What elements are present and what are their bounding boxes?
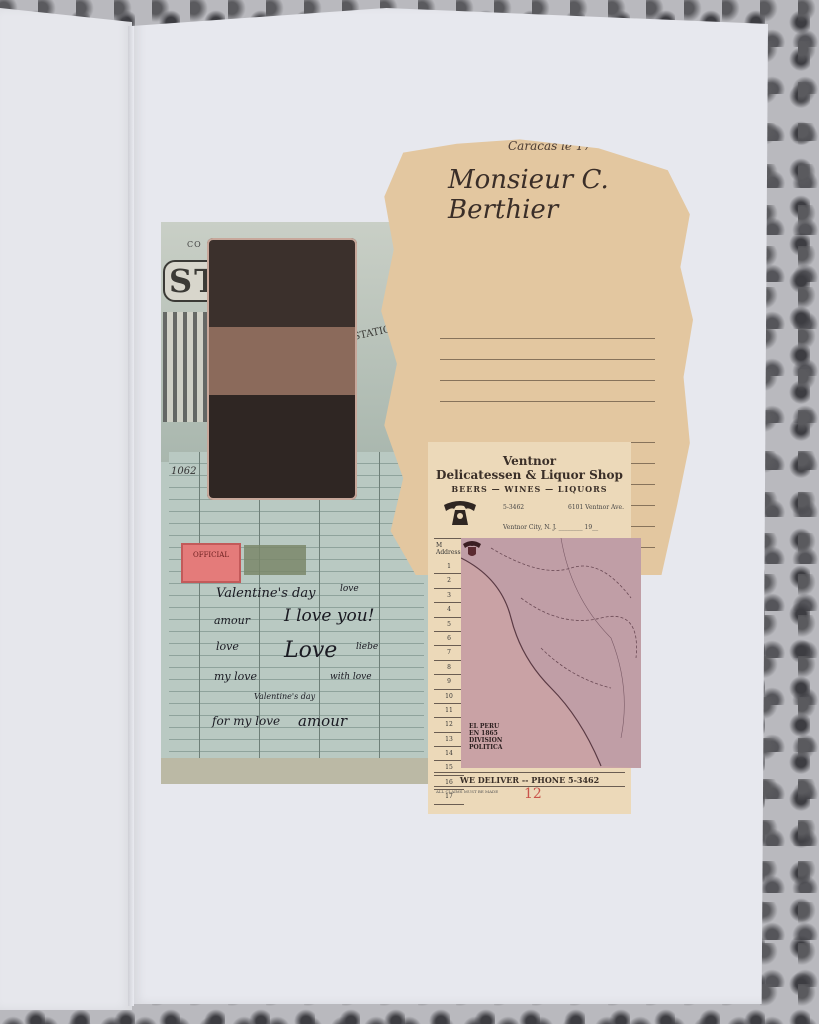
note-line: Valentine's day (254, 692, 315, 701)
note-line: amour (214, 614, 250, 627)
receipt-title-line2: Delicatessen & Liquor Shop (428, 468, 631, 482)
receipt-phone: 5-3462 (503, 504, 524, 511)
receipt-row-number: 12 (434, 718, 464, 732)
receipt-city: Ventnor City, N. J. ________ 19__ (503, 524, 598, 531)
receipt-footer-small: ALL CLAIMS MUST BE MADE (436, 789, 498, 794)
map-label-line: EN 1865 (469, 730, 509, 737)
note-line: love (216, 640, 239, 653)
receipt-address: 6101 Ventnor Ave. (568, 504, 624, 511)
receipt-number: 12 (524, 786, 542, 802)
map-label-title: EL PERU (469, 723, 509, 730)
vintage-map-peru: EL PERU EN 1865 DIVISION POLITICA (461, 538, 641, 768)
receipt-subtitle: BEERS — WINES — LIQUORS (428, 484, 631, 494)
dark-distressed-stamp (207, 238, 357, 500)
receipt-row-number: 7 (434, 646, 464, 660)
receipt-row-number: 2 (434, 574, 464, 588)
coat-of-arms-icon (461, 538, 483, 560)
receipt-row-number: 9 (434, 675, 464, 689)
letter-salutation: Monsieur C. Berthier (448, 165, 693, 225)
ledger-row-number: 1062 (171, 466, 196, 477)
note-line: my love (214, 670, 257, 683)
receipt-row-number: 10 (434, 690, 464, 704)
note-line: with love (330, 672, 372, 682)
receipt-row-number: 8 (434, 661, 464, 675)
receipt-row-number: 13 (434, 733, 464, 747)
left-page (0, 8, 132, 1010)
note-line: amour (298, 712, 347, 730)
map-label: EL PERU EN 1865 DIVISION POLITICA (469, 723, 509, 751)
note-line: Valentine's day (216, 586, 315, 601)
building-engraving (163, 312, 207, 422)
receipt-row-number: 11 (434, 704, 464, 718)
book-gutter (128, 26, 134, 1006)
receipt-row-number: 14 (434, 747, 464, 761)
receipt-m-label: M (436, 542, 442, 549)
receipt-row-number: 3 (434, 589, 464, 603)
receipt-row-number: 6 (434, 632, 464, 646)
map-label-line: DIVISION (469, 737, 509, 744)
ledger-footer-script (161, 758, 431, 784)
note-line: for my love (212, 714, 280, 728)
receipt-row-number: 1 (434, 560, 464, 574)
map-label-line: POLITICA (469, 744, 509, 751)
telephone-icon (440, 497, 480, 529)
receipt-footer: WE DELIVER -- PHONE 5-3462 (428, 775, 631, 785)
receipt-title-line1: Ventnor (428, 454, 631, 468)
note-line: Love (284, 638, 337, 663)
receipt-row-number: 4 (434, 603, 464, 617)
green-postage-stamp (244, 545, 306, 575)
receipt-row-numbers: 1234567891011121314151617 (434, 560, 464, 805)
receipt-row-number: 5 (434, 618, 464, 632)
ledger-header-text: CO (187, 240, 202, 249)
receipt-address-label: Address (436, 549, 461, 556)
note-line: I love you! (284, 606, 374, 626)
note-line: liebe (356, 642, 378, 652)
note-line: love (340, 584, 359, 594)
red-postage-stamp: OFFICIAL (181, 543, 241, 583)
receipt-row-number: 15 (434, 761, 464, 775)
